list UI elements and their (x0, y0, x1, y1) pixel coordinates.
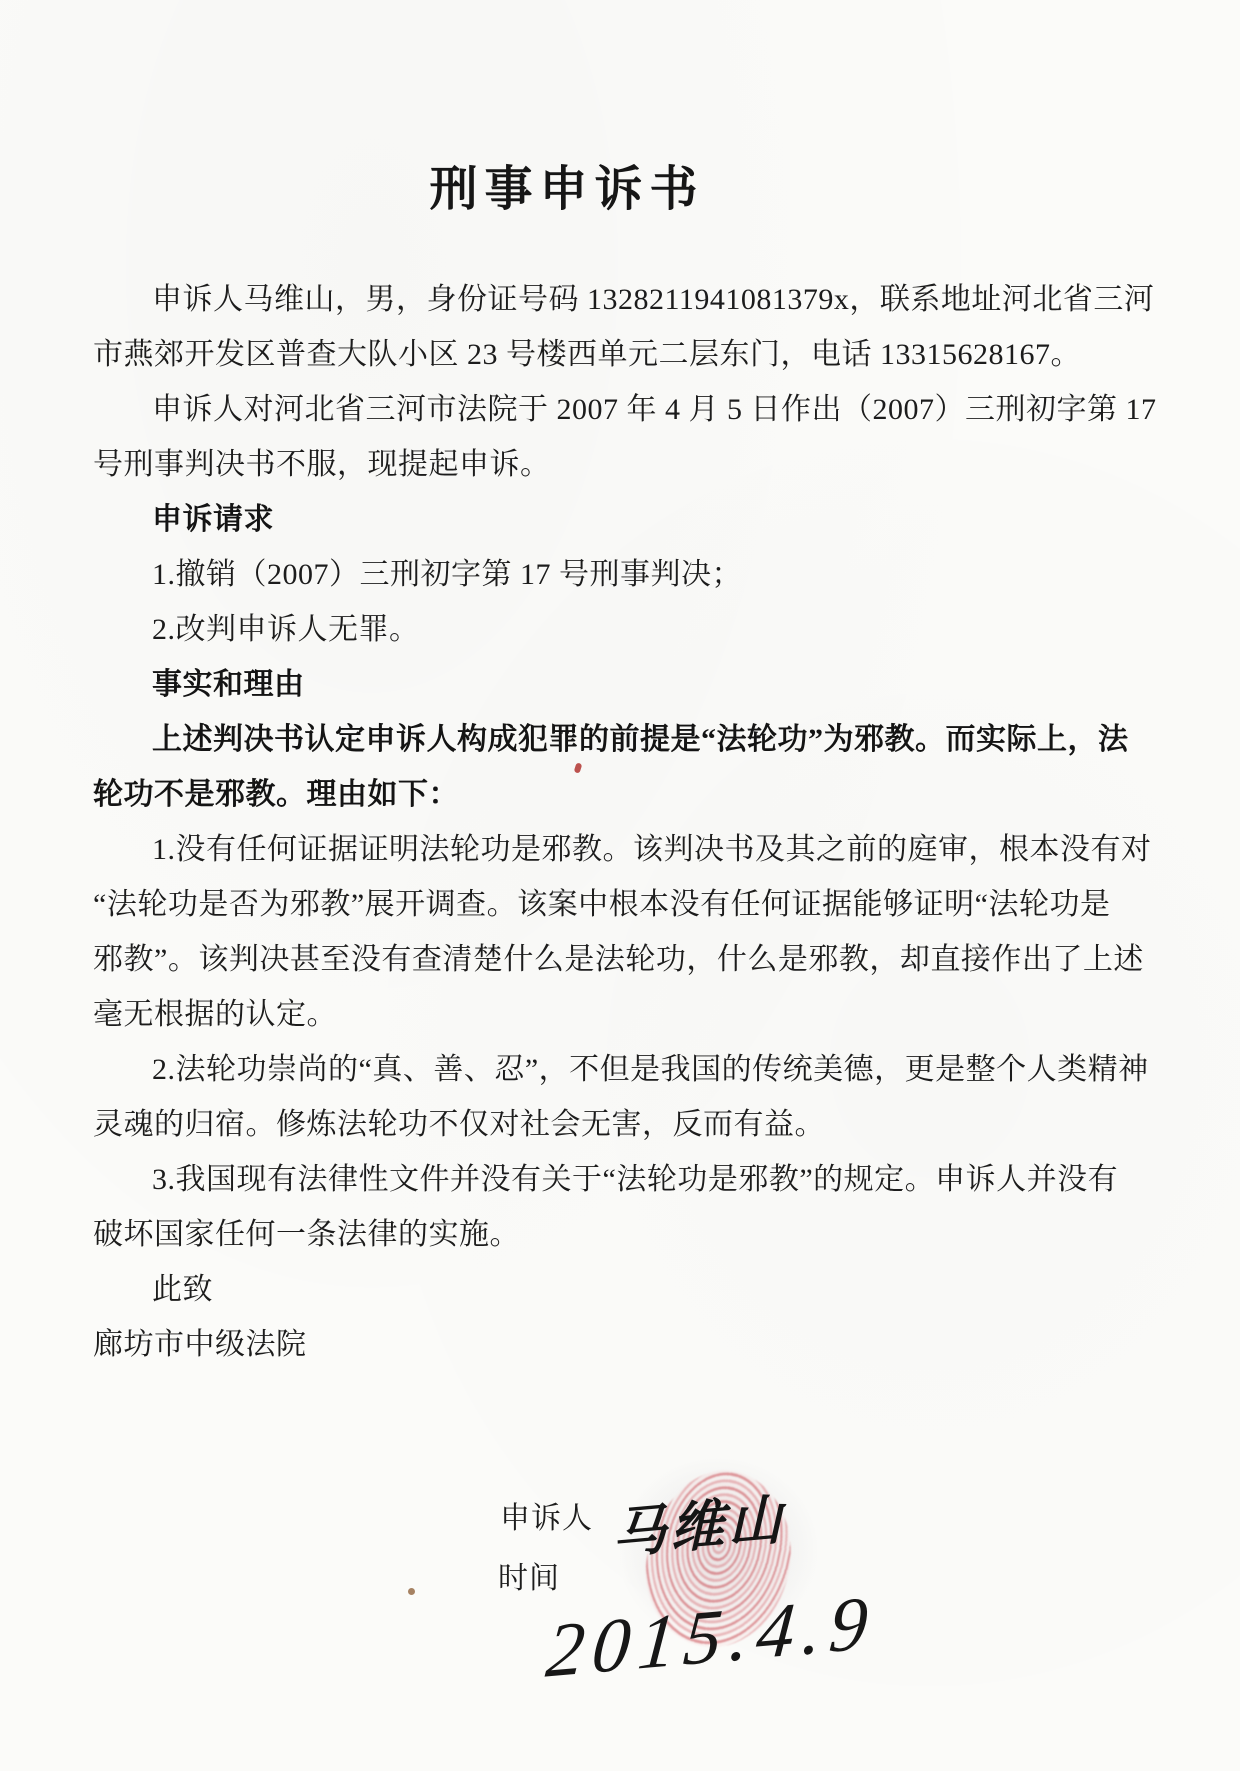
handwritten-signature: 马维山 (612, 1476, 787, 1568)
section-heading-facts-and-reasons: 事实和理由 (93, 657, 1155, 712)
text-line: 申诉人对河北省三河市法院于 2007 年 4 月 5 日作出（2007）三刑初字… (93, 382, 1155, 437)
text-line: 灵魂的归宿。修炼法轮功不仅对社会无害，反而有益。 (93, 1097, 1155, 1152)
scanned-document-page: 刑事申诉书 申诉人马维山，男，身份证号码 1328211941081379x，联… (0, 0, 1240, 1771)
text-line: 1.没有任何证据证明法轮功是邪教。该判决书及其之前的庭审，根本没有对 (93, 822, 1155, 877)
text-line: 2.改判申诉人无罪。 (93, 602, 1155, 657)
text-line: 破坏国家任何一条法律的实施。 (93, 1207, 1155, 1262)
document-title: 刑事申诉书 (0, 150, 1134, 219)
text-line: 市燕郊开发区普查大队小区 23 号楼西单元二层东门，电话 13315628167… (93, 327, 1155, 382)
handwritten-date: 2015.4.9 (543, 1579, 879, 1696)
document-body: 申诉人马维山，男，身份证号码 1328211941081379x，联系地址河北省… (93, 272, 1155, 1372)
text-line: 毫无根据的认定。 (93, 987, 1155, 1042)
text-line: 2.法轮功崇尚的“真、善、忍”，不但是我国的传统美德，更是整个人类精神 (93, 1042, 1155, 1097)
text-line: 轮功不是邪教。理由如下： (93, 767, 1155, 822)
addressee-court: 廊坊市中级法院 (93, 1317, 1155, 1372)
text-line: “法轮功是否为邪教”展开调查。该案中根本没有任何证据能够证明“法轮功是 (93, 877, 1155, 932)
text-line: 3.我国现有法律性文件并没有关于“法轮功是邪教”的规定。申诉人并没有 (93, 1152, 1155, 1207)
text-line: 申诉人马维山，男，身份证号码 1328211941081379x，联系地址河北省… (93, 272, 1155, 327)
section-heading-petition-request: 申诉请求 (93, 492, 1155, 547)
date-label: 时间 (498, 1553, 560, 1597)
petitioner-label: 申诉人 (500, 1493, 593, 1537)
text-line: 1.撤销（2007）三刑初字第 17 号刑事判决； (93, 547, 1155, 602)
text-line: 邪教”。该判决甚至没有查清楚什么是法轮功，什么是邪教，却直接作出了上述 (93, 932, 1155, 987)
closing-salutation: 此致 (93, 1262, 1155, 1317)
text-line: 上述判决书认定申诉人构成犯罪的前提是“法轮功”为邪教。而实际上，法 (93, 712, 1155, 767)
paper-speck (408, 1588, 415, 1595)
text-line: 号刑事判决书不服，现提起申诉。 (93, 437, 1155, 492)
